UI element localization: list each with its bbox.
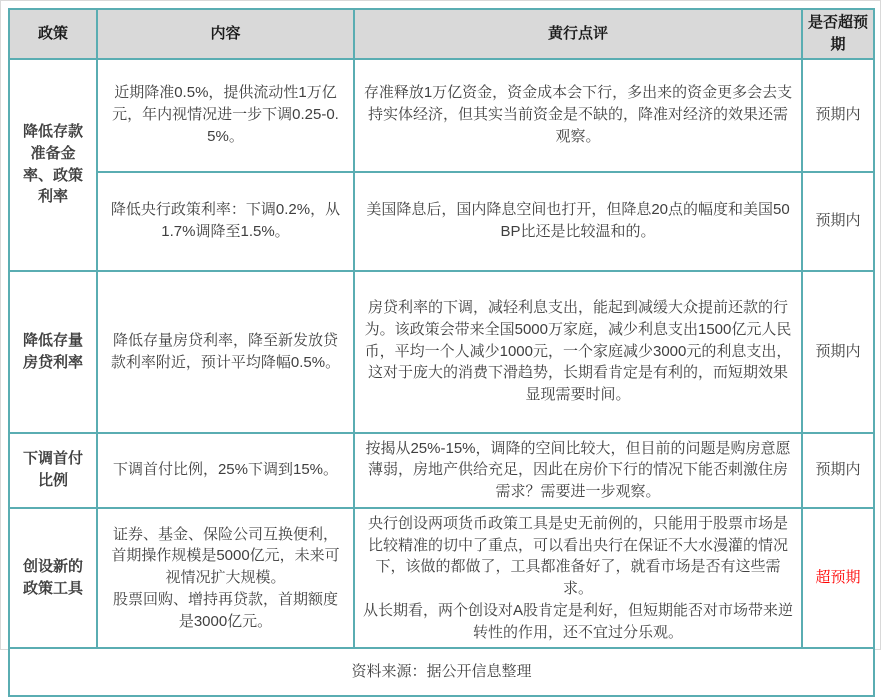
policy-table: 政策 内容 黄行点评 是否超预期 降低存款准备金率、政策利率 近期降准0.5%，…: [8, 8, 875, 697]
policy-cell-down-payment: 下调首付比例: [9, 433, 97, 508]
content-cell: 近期降准0.5%，提供流动性1万亿元，年内视情况进一步下调0.25-0.5%。: [97, 59, 354, 172]
footer-row: 资料来源：据公开信息整理: [9, 648, 874, 696]
comment-cell: 房贷利率的下调，减轻利息支出，能起到减缓大众提前还款的行为。该政策会带来全国50…: [354, 271, 802, 433]
policy-cell-mortgage-rate: 降低存量房贷利率: [9, 271, 97, 433]
table-row: 降低存款准备金率、政策利率 近期降准0.5%，提供流动性1万亿元，年内视情况进一…: [9, 59, 874, 172]
header-content: 内容: [97, 9, 354, 59]
expectation-badge: 预期内: [802, 59, 874, 172]
expectation-badge: 预期内: [802, 271, 874, 433]
expectation-badge-exceed: 超预期: [802, 508, 874, 649]
comment-cell: 央行创设两项货币政策工具是史无前例的，只能用于股票市场是比较精准的切中了重点，可…: [354, 508, 802, 649]
table-row: 降低央行政策利率：下调0.2%，从1.7%调降至1.5%。 美国降息后，国内降息…: [9, 172, 874, 271]
header-expectation: 是否超预期: [802, 9, 874, 59]
policy-cell-new-tools: 创设新的政策工具: [9, 508, 97, 649]
comment-cell: 美国降息后，国内降息空间也打开，但降息20点的幅度和美国50BP比还是比较温和的…: [354, 172, 802, 271]
comment-cell: 存准释放1万亿资金，资金成本会下行，多出来的资金更多会去支持实体经济，但其实当前…: [354, 59, 802, 172]
content-cell: 证券、基金、保险公司互换便利，首期操作规模是5000亿元，未来可视情况扩大规模。…: [97, 508, 354, 649]
comment-paragraph: 从长期看，两个创设对A股肯定是利好，但短期能否对市场带来逆转性的作用，还不宜过分…: [363, 600, 793, 644]
header-comment: 黄行点评: [354, 9, 802, 59]
expectation-badge: 预期内: [802, 433, 874, 508]
data-source-note: 资料来源：据公开信息整理: [9, 648, 874, 696]
content-paragraph: 证券、基金、保险公司互换便利，首期操作规模是5000亿元，未来可视情况扩大规模。: [106, 524, 345, 589]
table-row: 降低存量房贷利率 降低存量房贷利率，降至新发放贷款利率附近，预计平均降幅0.5%…: [9, 271, 874, 433]
comment-cell: 按揭从25%-15%，调降的空间比较大，但目前的问题是购房意愿薄弱，房地产供给充…: [354, 433, 802, 508]
content-cell: 下调首付比例，25%下调到15%。: [97, 433, 354, 508]
header-policy: 政策: [9, 9, 97, 59]
content-paragraph: 股票回购、增持再贷款，首期额度是3000亿元。: [106, 589, 345, 633]
table-row: 创设新的政策工具 证券、基金、保险公司互换便利，首期操作规模是5000亿元，未来…: [9, 508, 874, 649]
content-cell: 降低央行政策利率：下调0.2%，从1.7%调降至1.5%。: [97, 172, 354, 271]
policy-table-sheet: 政策 内容 黄行点评 是否超预期 降低存款准备金率、政策利率 近期降准0.5%，…: [0, 0, 881, 650]
header-row: 政策 内容 黄行点评 是否超预期: [9, 9, 874, 59]
content-cell: 降低存量房贷利率，降至新发放贷款利率附近，预计平均降幅0.5%。: [97, 271, 354, 433]
policy-cell-reserve-rate: 降低存款准备金率、政策利率: [9, 59, 97, 271]
table-row: 下调首付比例 下调首付比例，25%下调到15%。 按揭从25%-15%，调降的空…: [9, 433, 874, 508]
expectation-badge: 预期内: [802, 172, 874, 271]
comment-paragraph: 央行创设两项货币政策工具是史无前例的，只能用于股票市场是比较精准的切中了重点，可…: [363, 513, 793, 600]
